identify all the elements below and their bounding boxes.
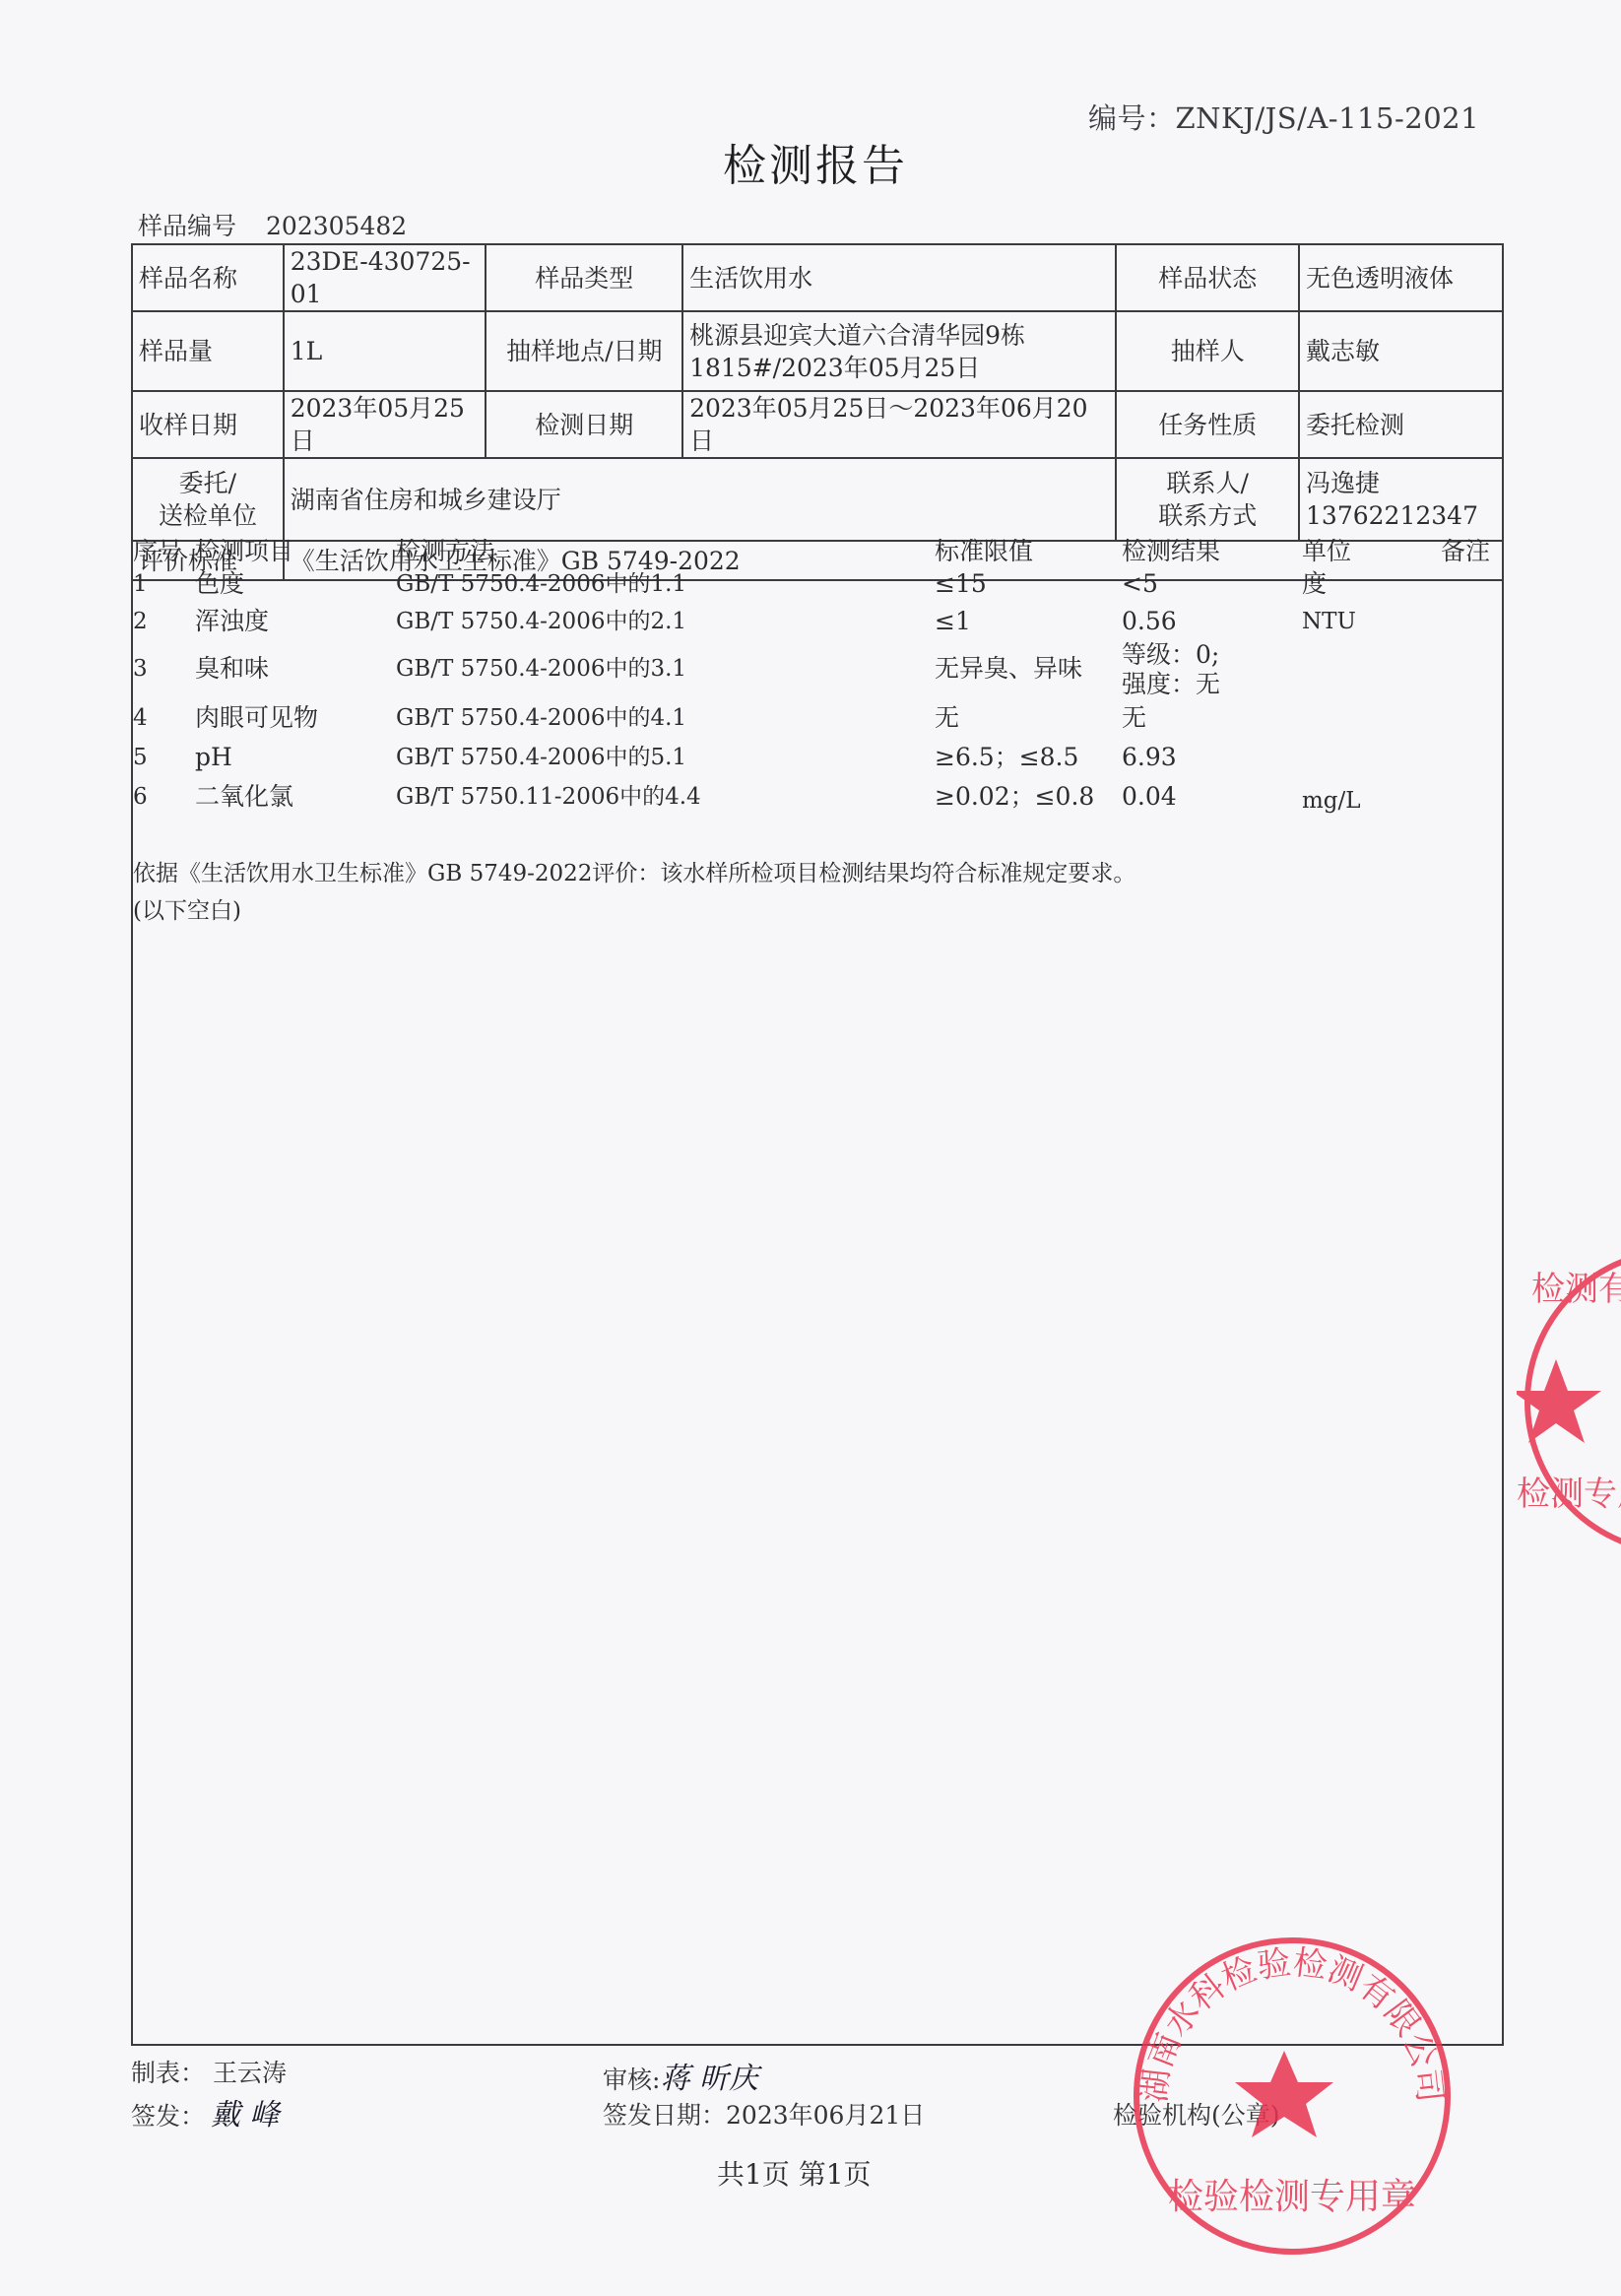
issue-date-value: 2023年06月21日	[726, 2101, 925, 2130]
side-seal-bottom-text: 检测专用	[1517, 1475, 1621, 1514]
info-row-sampling: 样品量 1L 抽样地点/日期 桃源县迎宾大道六合清华园9栋 1815#/2023…	[132, 311, 1503, 391]
col-unit: 度	[1302, 569, 1327, 599]
header-col-no: 序号	[133, 532, 182, 567]
task-type-value: 委托检测	[1299, 391, 1503, 458]
col-item: 色度	[195, 569, 244, 599]
test-date-value: 2023年05月25日～2023年06月20日	[682, 391, 1116, 458]
col-result: 等级：0;强度：无	[1122, 640, 1220, 699]
col-result: 无	[1122, 703, 1146, 733]
sampling-place-label: 抽样地点/日期	[486, 311, 682, 391]
conclusion-text: 依据《生活饮用水卫生标准》GB 5749-2022评价：该水样所检项目检测结果均…	[133, 855, 1135, 887]
col-limit: 无异臭、异味	[935, 654, 1082, 684]
page-title: 检测报告	[723, 130, 908, 193]
col-item: 肉眼可见物	[195, 703, 318, 733]
col-item: 二氧化氯	[195, 782, 293, 812]
prepared-by: 制表：王云涛	[131, 2054, 287, 2089]
result-line1: 等级：0;	[1122, 640, 1220, 670]
col-result: <5	[1122, 569, 1158, 599]
info-row-sample: 样品名称 23DE-430725-01 样品类型 生活饮用水 样品状态 无色透明…	[132, 244, 1503, 311]
sampler-label: 抽样人	[1116, 311, 1299, 391]
sample-name-label: 样品名称	[132, 244, 284, 311]
reviewed-by-signature: 蒋 昕庆	[660, 2062, 758, 2096]
col-item: 臭和味	[195, 654, 269, 684]
result-line2: 强度：无	[1122, 670, 1220, 699]
col-method: GB/T 5750.4-2006中的3.1	[396, 654, 686, 684]
sample-state-value: 无色透明液体	[1299, 244, 1503, 311]
col-method: GB/T 5750.4-2006中的5.1	[396, 743, 686, 772]
issue-date-label: 签发日期：	[603, 2101, 726, 2130]
col-limit: ≥0.02；≤0.8	[935, 782, 1094, 812]
sample-qty-value: 1L	[284, 311, 486, 391]
header-col-method: 检测方法	[396, 532, 494, 567]
contact-label-line1: 联系人/	[1123, 467, 1292, 499]
col-no: 4	[133, 703, 148, 733]
col-limit: ≤1	[935, 607, 971, 636]
sampling-place-line2: 1815#/2023年05月25日	[689, 352, 1109, 384]
sampling-place-value: 桃源县迎宾大道六合清华园9栋 1815#/2023年05月25日	[682, 311, 1116, 391]
col-method: GB/T 5750.4-2006中的2.1	[396, 607, 686, 636]
org-seal-label: 检验机构(公章)	[1113, 2096, 1280, 2132]
col-limit: ≥6.5；≤8.5	[935, 743, 1078, 772]
document-code: 编号：ZNKJ/JS/A-115-2021	[1088, 97, 1479, 137]
col-no: 1	[133, 569, 148, 599]
issue-date: 签发日期：2023年06月21日	[603, 2096, 925, 2132]
star-icon	[1517, 1359, 1601, 1443]
col-method: GB/T 5750.4-2006中的1.1	[396, 569, 686, 599]
sample-number-label: 样品编号	[138, 212, 236, 240]
sample-number-value: 202305482	[266, 212, 407, 240]
col-limit: 无	[935, 703, 959, 733]
task-type-label: 任务性质	[1116, 391, 1299, 458]
sampling-place-line1: 桃源县迎宾大道六合清华园9栋	[689, 319, 1109, 352]
sample-qty-label: 样品量	[132, 311, 284, 391]
prepared-by-name: 王云涛	[213, 2059, 287, 2087]
col-item: pH	[195, 743, 232, 772]
sample-type-label: 样品类型	[486, 244, 682, 311]
sample-state-label: 样品状态	[1116, 244, 1299, 311]
header-col-limit: 标准限值	[935, 532, 1033, 567]
header-col-note: 备注	[1441, 532, 1490, 567]
document-code-label: 编号：	[1088, 101, 1176, 135]
test-date-label: 检测日期	[486, 391, 682, 458]
receive-date-value: 2023年05月25日	[284, 391, 486, 458]
side-seal-stamp: 检测有 检测专用	[1517, 1241, 1621, 1566]
col-no: 3	[133, 654, 148, 684]
sample-type-value: 生活饮用水	[682, 244, 1116, 311]
reviewed-by: 审核:蒋 昕庆	[603, 2054, 758, 2097]
contact-name: 冯逸捷	[1306, 467, 1496, 499]
col-method: GB/T 5750.11-2006中的4.4	[396, 782, 701, 812]
side-seal-top-text: 检测有	[1531, 1270, 1621, 1309]
sample-name-value: 23DE-430725-01	[284, 244, 486, 311]
sampler-value: 戴志敏	[1299, 311, 1503, 391]
col-no: 6	[133, 782, 148, 812]
col-unit: mg/L	[1302, 786, 1361, 816]
col-unit: NTU	[1302, 607, 1356, 636]
side-seal-ring	[1527, 1251, 1621, 1552]
results-box	[131, 523, 1504, 2046]
col-method: GB/T 5750.4-2006中的4.1	[396, 703, 686, 733]
receive-date-label: 收样日期	[132, 391, 284, 458]
header-col-item: 检测项目	[195, 532, 293, 567]
col-result: 6.93	[1122, 743, 1177, 772]
reviewed-by-label: 审核:	[603, 2066, 660, 2094]
issued-by: 签发：戴 峰	[131, 2090, 280, 2133]
prepared-by-label: 制表：	[131, 2059, 205, 2087]
col-result: 0.04	[1122, 782, 1177, 812]
blank-below-note: (以下空白)	[133, 892, 241, 925]
col-item: 浑浊度	[195, 607, 269, 636]
sample-number: 样品编号202305482	[138, 207, 407, 242]
col-result: 0.56	[1122, 607, 1177, 636]
issued-by-signature: 戴 峰	[211, 2098, 280, 2132]
document-code-value: ZNKJ/JS/A-115-2021	[1176, 101, 1480, 135]
page-number: 共1页 第1页	[717, 2153, 872, 2193]
official-seal-bottom-text: 检验检测专用章	[1168, 2177, 1416, 2217]
client-label-line1: 委托/	[139, 467, 277, 499]
col-no: 2	[133, 607, 148, 636]
info-row-dates: 收样日期 2023年05月25日 检测日期 2023年05月25日～2023年0…	[132, 391, 1503, 458]
col-limit: ≤15	[935, 569, 987, 599]
issued-by-label: 签发：	[131, 2102, 205, 2131]
col-no: 5	[133, 743, 148, 772]
header-col-unit: 单位	[1302, 532, 1351, 567]
header-col-result: 检测结果	[1122, 532, 1220, 567]
